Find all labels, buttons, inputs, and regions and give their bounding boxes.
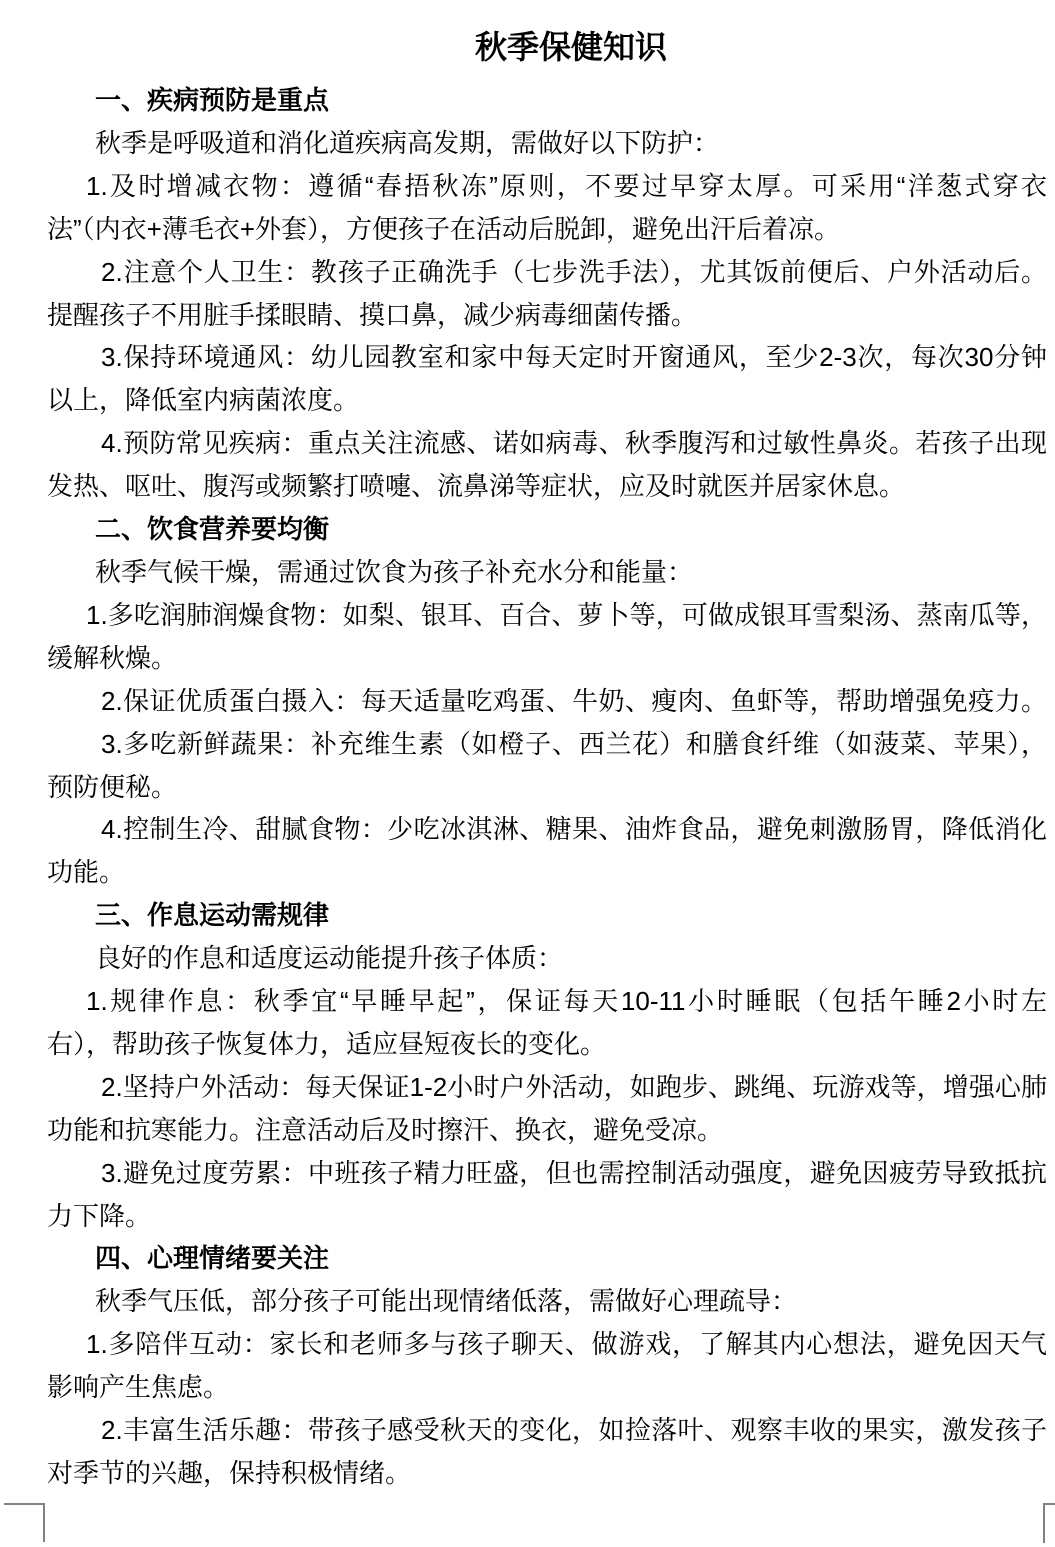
- paragraph: 2.坚持户外活动：每天保证1-2小时户外活动，如跑步、跳绳、玩游戏等，增强心肺功…: [47, 1066, 1047, 1152]
- paragraph: 秋季气候干燥，需通过饮食为孩子补充水分和能量：: [47, 551, 1047, 594]
- paragraph: 4.控制生冷、甜腻食物：少吃冰淇淋、糖果、油炸食品，避免刺激肠胃，降低消化功能。: [47, 808, 1047, 894]
- paragraph: 良好的作息和适度运动能提升孩子体质：: [47, 937, 1047, 980]
- paragraph-line: 以上，降低室内病菌浓度。: [47, 379, 1047, 422]
- paragraph-line: 秋季气候干燥，需通过饮食为孩子补充水分和能量：: [47, 551, 1047, 594]
- paragraph: 1.及时增减衣物：遵循“春捂秋冻”原则，不要过早穿太厚。可采用“洋葱式穿衣法”（…: [47, 165, 1047, 251]
- heading-text: 二、饮食营养要均衡: [47, 508, 1047, 551]
- paragraph: 2.保证优质蛋白摄入：每天适量吃鸡蛋、牛奶、瘦肉、鱼虾等，帮助增强免疫力。: [47, 680, 1047, 723]
- paragraph-line: 3.避免过度劳累：中班孩子精力旺盛，但也需控制活动强度，避免因疲劳导致抵抗: [47, 1152, 1047, 1195]
- paragraph: 3.避免过度劳累：中班孩子精力旺盛，但也需控制活动强度，避免因疲劳导致抵抗力下降…: [47, 1152, 1047, 1238]
- heading-text: 四、心理情绪要关注: [47, 1237, 1047, 1280]
- paragraph-line: 3.保持环境通风：幼儿园教室和家中每天定时开窗通风，至少2-3次，每次30分钟: [47, 336, 1047, 379]
- paragraph-line: 1.及时增减衣物：遵循“春捂秋冻”原则，不要过早穿太厚。可采用“洋葱式穿衣: [47, 165, 1047, 208]
- paragraph-line: 1.多陪伴互动：家长和老师多与孩子聊天、做游戏，了解其内心想法，避免因天气: [47, 1323, 1047, 1366]
- paragraph-line: 2.保证优质蛋白摄入：每天适量吃鸡蛋、牛奶、瘦肉、鱼虾等，帮助增强免疫力。: [47, 680, 1047, 723]
- paragraph-line: 右），帮助孩子恢复体力，适应昼短夜长的变化。: [47, 1023, 1047, 1066]
- paragraph-line: 预防便秘。: [47, 766, 1047, 809]
- table-corner-mark-left: [4, 1503, 45, 1542]
- paragraph: 2.注意个人卫生：教孩子正确洗手（七步洗手法），尤其饭前便后、户外活动后。提醒孩…: [47, 251, 1047, 337]
- paragraph-line: 功能。: [47, 851, 1047, 894]
- document-page: { "page": { "background_color": "#ffffff…: [0, 0, 1055, 1547]
- heading-text: 三、作息运动需规律: [47, 894, 1047, 937]
- paragraph-line: 发热、呕吐、腹泻或频繁打喷嚏、流鼻涕等症状，应及时就医并居家休息。: [47, 465, 1047, 508]
- paragraph-line: 2.坚持户外活动：每天保证1-2小时户外活动，如跑步、跳绳、玩游戏等，增强心肺: [47, 1066, 1047, 1109]
- paragraph-line: 2.注意个人卫生：教孩子正确洗手（七步洗手法），尤其饭前便后、户外活动后。: [47, 251, 1047, 294]
- paragraph: 秋季是呼吸道和消化道疾病高发期，需做好以下防护：: [47, 122, 1047, 165]
- section-heading: 四、心理情绪要关注: [47, 1237, 1047, 1280]
- paragraph-line: 3.多吃新鲜蔬果：补充维生素（如橙子、西兰花）和膳食纤维（如菠菜、苹果），: [47, 723, 1047, 766]
- paragraph-line: 功能和抗寒能力。注意活动后及时擦汗、换衣，避免受凉。: [47, 1109, 1047, 1152]
- section-heading: 一、疾病预防是重点: [47, 79, 1047, 122]
- paragraph-line: 力下降。: [47, 1195, 1047, 1238]
- paragraph: 3.多吃新鲜蔬果：补充维生素（如橙子、西兰花）和膳食纤维（如菠菜、苹果），预防便…: [47, 723, 1047, 809]
- paragraph: 2.丰富生活乐趣：带孩子感受秋天的变化，如捡落叶、观察丰收的果实，激发孩子对季节…: [47, 1409, 1047, 1495]
- paragraph-line: 提醒孩子不用脏手揉眼睛、摸口鼻，减少病毒细菌传播。: [47, 294, 1047, 337]
- paragraph: 1.多吃润肺润燥食物：如梨、银耳、百合、萝卜等，可做成银耳雪梨汤、蒸南瓜等，缓解…: [47, 594, 1047, 680]
- paragraph-line: 对季节的兴趣，保持积极情绪。: [47, 1452, 1047, 1495]
- paragraph-line: 秋季气压低，部分孩子可能出现情绪低落，需做好心理疏导：: [47, 1280, 1047, 1323]
- table-corner-mark-right: [1043, 1503, 1055, 1543]
- paragraph-line: 2.丰富生活乐趣：带孩子感受秋天的变化，如捡落叶、观察丰收的果实，激发孩子: [47, 1409, 1047, 1452]
- page-body: 秋季保健知识 一、疾病预防是重点秋季是呼吸道和消化道疾病高发期，需做好以下防护：…: [47, 0, 1047, 1495]
- paragraph: 3.保持环境通风：幼儿园教室和家中每天定时开窗通风，至少2-3次，每次30分钟以…: [47, 336, 1047, 422]
- paragraph: 秋季气压低，部分孩子可能出现情绪低落，需做好心理疏导：: [47, 1280, 1047, 1323]
- paragraph: 1.多陪伴互动：家长和老师多与孩子聊天、做游戏，了解其内心想法，避免因天气影响产…: [47, 1323, 1047, 1409]
- document-title: 秋季保健知识: [47, 25, 1047, 69]
- paragraph-line: 4.预防常见疾病：重点关注流感、诺如病毒、秋季腹泻和过敏性鼻炎。若孩子出现: [47, 422, 1047, 465]
- paragraph: 1.规律作息：秋季宜“早睡早起”，保证每天10-11小时睡眠（包括午睡2小时左右…: [47, 980, 1047, 1066]
- section-heading: 二、饮食营养要均衡: [47, 508, 1047, 551]
- paragraph-line: 4.控制生冷、甜腻食物：少吃冰淇淋、糖果、油炸食品，避免刺激肠胃，降低消化: [47, 808, 1047, 851]
- document-content: 一、疾病预防是重点秋季是呼吸道和消化道疾病高发期，需做好以下防护：1.及时增减衣…: [47, 79, 1047, 1495]
- heading-text: 一、疾病预防是重点: [47, 79, 1047, 122]
- paragraph-line: 良好的作息和适度运动能提升孩子体质：: [47, 937, 1047, 980]
- paragraph-line: 缓解秋燥。: [47, 637, 1047, 680]
- paragraph-line: 影响产生焦虑。: [47, 1366, 1047, 1409]
- section-heading: 三、作息运动需规律: [47, 894, 1047, 937]
- paragraph-line: 法”（内衣+薄毛衣+外套），方便孩子在活动后脱卸，避免出汗后着凉。: [47, 208, 1047, 251]
- paragraph: 4.预防常见疾病：重点关注流感、诺如病毒、秋季腹泻和过敏性鼻炎。若孩子出现发热、…: [47, 422, 1047, 508]
- paragraph-line: 1.多吃润肺润燥食物：如梨、银耳、百合、萝卜等，可做成银耳雪梨汤、蒸南瓜等，: [47, 594, 1047, 637]
- paragraph-line: 秋季是呼吸道和消化道疾病高发期，需做好以下防护：: [47, 122, 1047, 165]
- paragraph-line: 1.规律作息：秋季宜“早睡早起”，保证每天10-11小时睡眠（包括午睡2小时左: [47, 980, 1047, 1023]
